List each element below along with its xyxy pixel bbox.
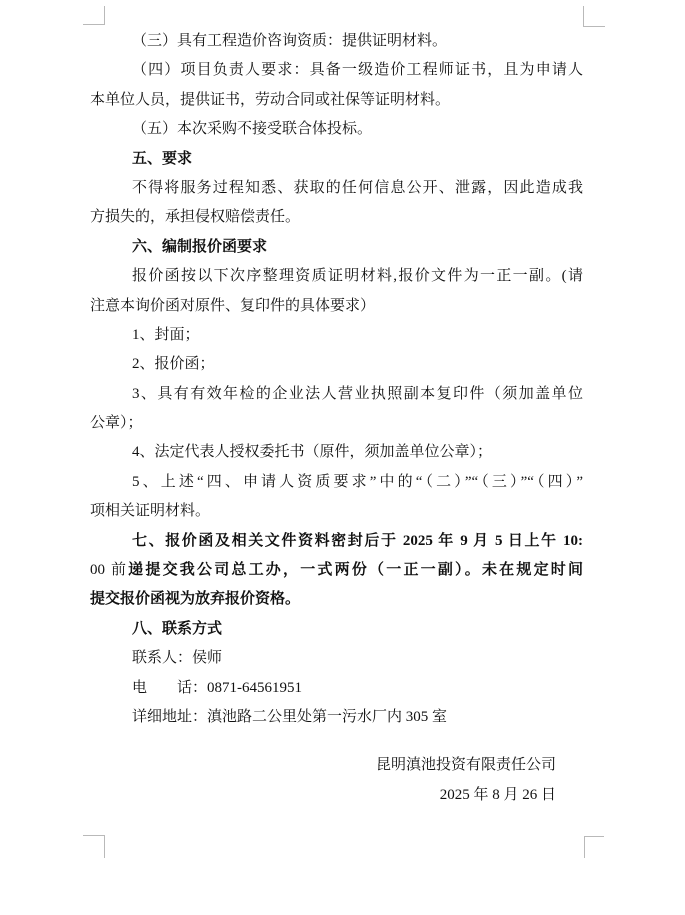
text-line: （五）本次采购不接受联合体投标。	[90, 115, 583, 144]
text-line: 联系人：侯师	[90, 644, 583, 673]
crop-mark-top-right-icon	[583, 6, 605, 27]
text-line: 七、报价函及相关文件资料密封后于 2025 年 9 月 5 日上午 10:	[90, 527, 583, 556]
crop-mark-top-left-icon	[83, 6, 105, 25]
text-run: 递提交我公司总工办，一式两份（一正一副）。未在规定时间	[128, 562, 583, 578]
text-line: 详细地址：滇池路二公里处第一污水厂内 305 室	[90, 703, 583, 732]
text-line: 1、封面；	[90, 321, 583, 350]
text-line: 注意本询价函对原件、复印件的具体要求）	[90, 292, 583, 321]
document-page: （三）具有工程造价咨询资质：提供证明材料。（四）项目负责人要求：具备一级造价工程…	[0, 0, 685, 915]
text-line: 本单位人员，提供证书，劳动合同或社保等证明材料。	[90, 86, 583, 115]
crop-mark-bottom-left-icon	[83, 835, 105, 858]
text-line: （三）具有工程造价咨询资质：提供证明材料。	[90, 27, 583, 56]
text-line: 五、要求	[90, 145, 583, 174]
text-line: 六、编制报价函要求	[90, 233, 583, 262]
text-line: 00 前递提交我公司总工办，一式两份（一正一副）。未在规定时间	[90, 556, 583, 585]
document-body: （三）具有工程造价咨询资质：提供证明材料。（四）项目负责人要求：具备一级造价工程…	[90, 27, 583, 732]
text-line: （四）项目负责人要求：具备一级造价工程师证书，且为申请人	[90, 56, 583, 85]
text-line: 公章）；	[90, 409, 583, 438]
text-line: 4、法定代表人授权委托书（原件，须加盖单位公章）；	[90, 438, 583, 467]
signature-date: 2025 年 8 月 26 日	[0, 780, 685, 810]
text-line: 八、联系方式	[90, 615, 583, 644]
text-line: 报价函按以下次序整理资质证明材料,报价文件为一正一副。(请	[90, 262, 583, 291]
text-line: 3、具有有效年检的企业法人营业执照副本复印件（须加盖单位	[90, 380, 583, 409]
text-line: 电 话：0871-64561951	[90, 674, 583, 703]
text-line: 方损失的，承担侵权赔偿责任。	[90, 203, 583, 232]
crop-mark-bottom-right-icon	[584, 836, 604, 858]
text-line: 2、报价函；	[90, 350, 583, 379]
text-line: 不得将服务过程知悉、获取的任何信息公开、泄露，因此造成我	[90, 174, 583, 203]
signature-block: 昆明滇池投资有限责任公司 2025 年 8 月 26 日	[0, 750, 685, 810]
text-line: 提交报价函视为放弃报价资格。	[90, 585, 583, 614]
text-run: 00 前	[90, 562, 128, 578]
text-line: 项相关证明材料。	[90, 497, 583, 526]
text-line: 5、上述“四、申请人资质要求”中的“（二）”“（三）”“（四）”	[90, 468, 583, 497]
signature-company: 昆明滇池投资有限责任公司	[0, 750, 685, 780]
